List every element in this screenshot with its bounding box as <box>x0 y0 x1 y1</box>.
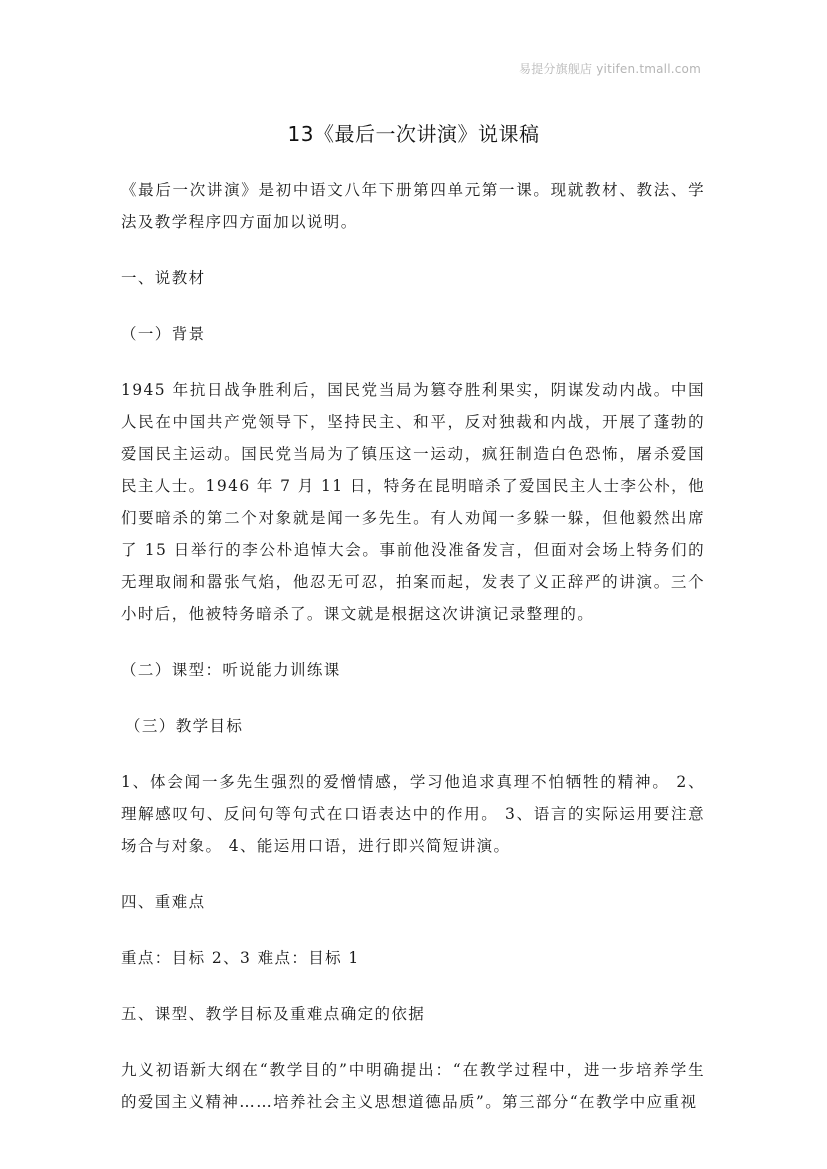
section-heading-basis: 五、课型、教学目标及重难点确定的依据 <box>121 998 705 1030</box>
watermark: 易提分旗舰店 yitifen.tmall.com <box>519 60 701 77</box>
subsection-heading-background: （一）背景 <box>121 318 705 350</box>
basis-paragraph: 九义初语新大纲在“教学目的”中明确提出：“在教学过程中，进一步培养学生的爱国主义… <box>121 1054 705 1118</box>
section-heading-textbook: 一、说教材 <box>121 262 705 294</box>
document-title: 13《最后一次讲演》说课稿 <box>0 118 827 147</box>
background-paragraph: 1945 年抗日战争胜利后，国民党当局为篡夺胜利果实，阴谋发动内战。中国人民在中… <box>121 374 705 630</box>
key-points-paragraph: 重点：目标 2、3 难点：目标 1 <box>121 942 705 974</box>
section-heading-key-points: 四、重难点 <box>121 886 705 918</box>
document-body: 《最后一次讲演》是初中语文八年下册第四单元第一课。现就教材、教法、学法及教学程序… <box>121 174 705 1118</box>
goals-paragraph: 1、体会闻一多先生强烈的爱憎情感，学习他追求真理不怕牺牲的精神。 2、理解感叹句… <box>121 766 705 862</box>
subsection-heading-lesson-type: （二）课型：听说能力训练课 <box>121 654 705 686</box>
subsection-heading-goals: （三）教学目标 <box>121 710 705 742</box>
intro-paragraph: 《最后一次讲演》是初中语文八年下册第四单元第一课。现就教材、教法、学法及教学程序… <box>121 174 705 238</box>
